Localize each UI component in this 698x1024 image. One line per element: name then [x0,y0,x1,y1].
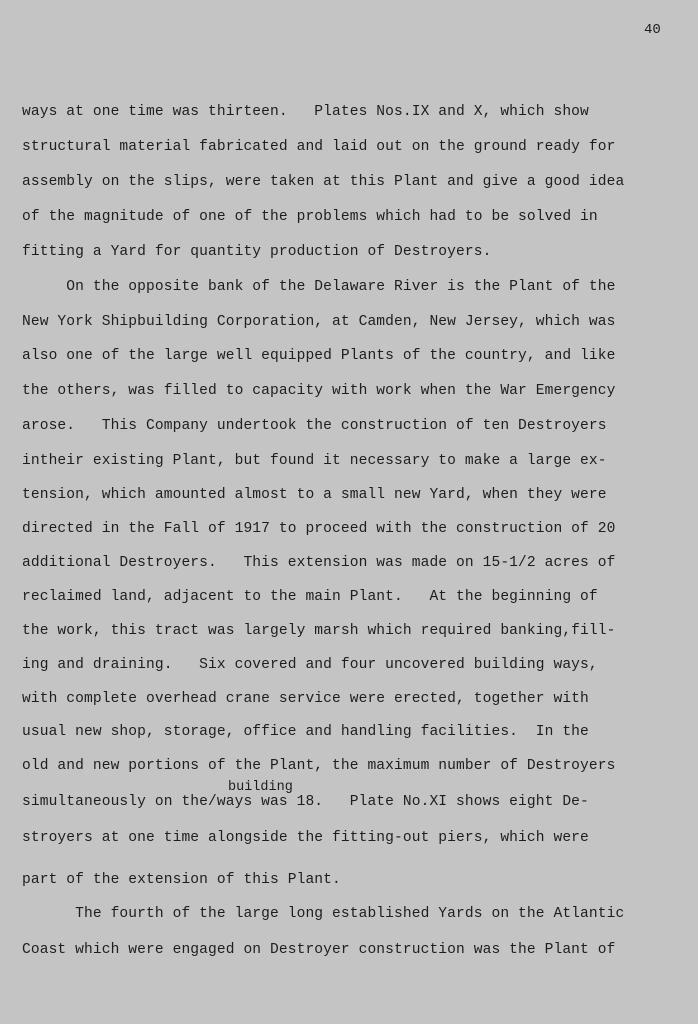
text-line: simultaneously on the/ways was 18. Plate… [22,794,589,810]
text-line: of the magnitude of one of the problems … [22,209,598,225]
text-line: ways at one time was thirteen. Plates No… [22,104,589,120]
paragraph-start-line: The fourth of the large long established… [22,906,624,922]
text-line: the others, was filled to capacity with … [22,383,615,399]
text-line: old and new portions of the Plant, the m… [22,758,615,774]
text-line: also one of the large well equipped Plan… [22,348,615,364]
text-line: tension, which amounted almost to a smal… [22,487,607,503]
text-line: New York Shipbuilding Corporation, at Ca… [22,314,615,330]
text-line: reclaimed land, adjacent to the main Pla… [22,589,598,605]
text-line: usual new shop, storage, office and hand… [22,724,589,740]
text-line: directed in the Fall of 1917 to proceed … [22,521,615,537]
interlinear-insertion: building [228,780,293,795]
text-line: stroyers at one time alongside the fitti… [22,830,589,846]
text-line: intheir existing Plant, but found it nec… [22,453,607,469]
text-line: with complete overhead crane service wer… [22,691,589,707]
text-line: additional Destroyers. This extension wa… [22,555,615,571]
text-line: ing and draining. Six covered and four u… [22,657,598,673]
text-line: the work, this tract was largely marsh w… [22,623,615,639]
text-line: assembly on the slips, were taken at thi… [22,174,624,190]
text-line: arose. This Company undertook the constr… [22,418,607,434]
paragraph-start-line: On the opposite bank of the Delaware Riv… [22,279,615,295]
text-line: Coast which were engaged on Destroyer co… [22,942,615,958]
text-line: structural material fabricated and laid … [22,139,615,155]
text-line: part of the extension of this Plant. [22,872,341,888]
page-number: 40 [644,22,661,38]
text-line: fitting a Yard for quantity production o… [22,244,491,260]
